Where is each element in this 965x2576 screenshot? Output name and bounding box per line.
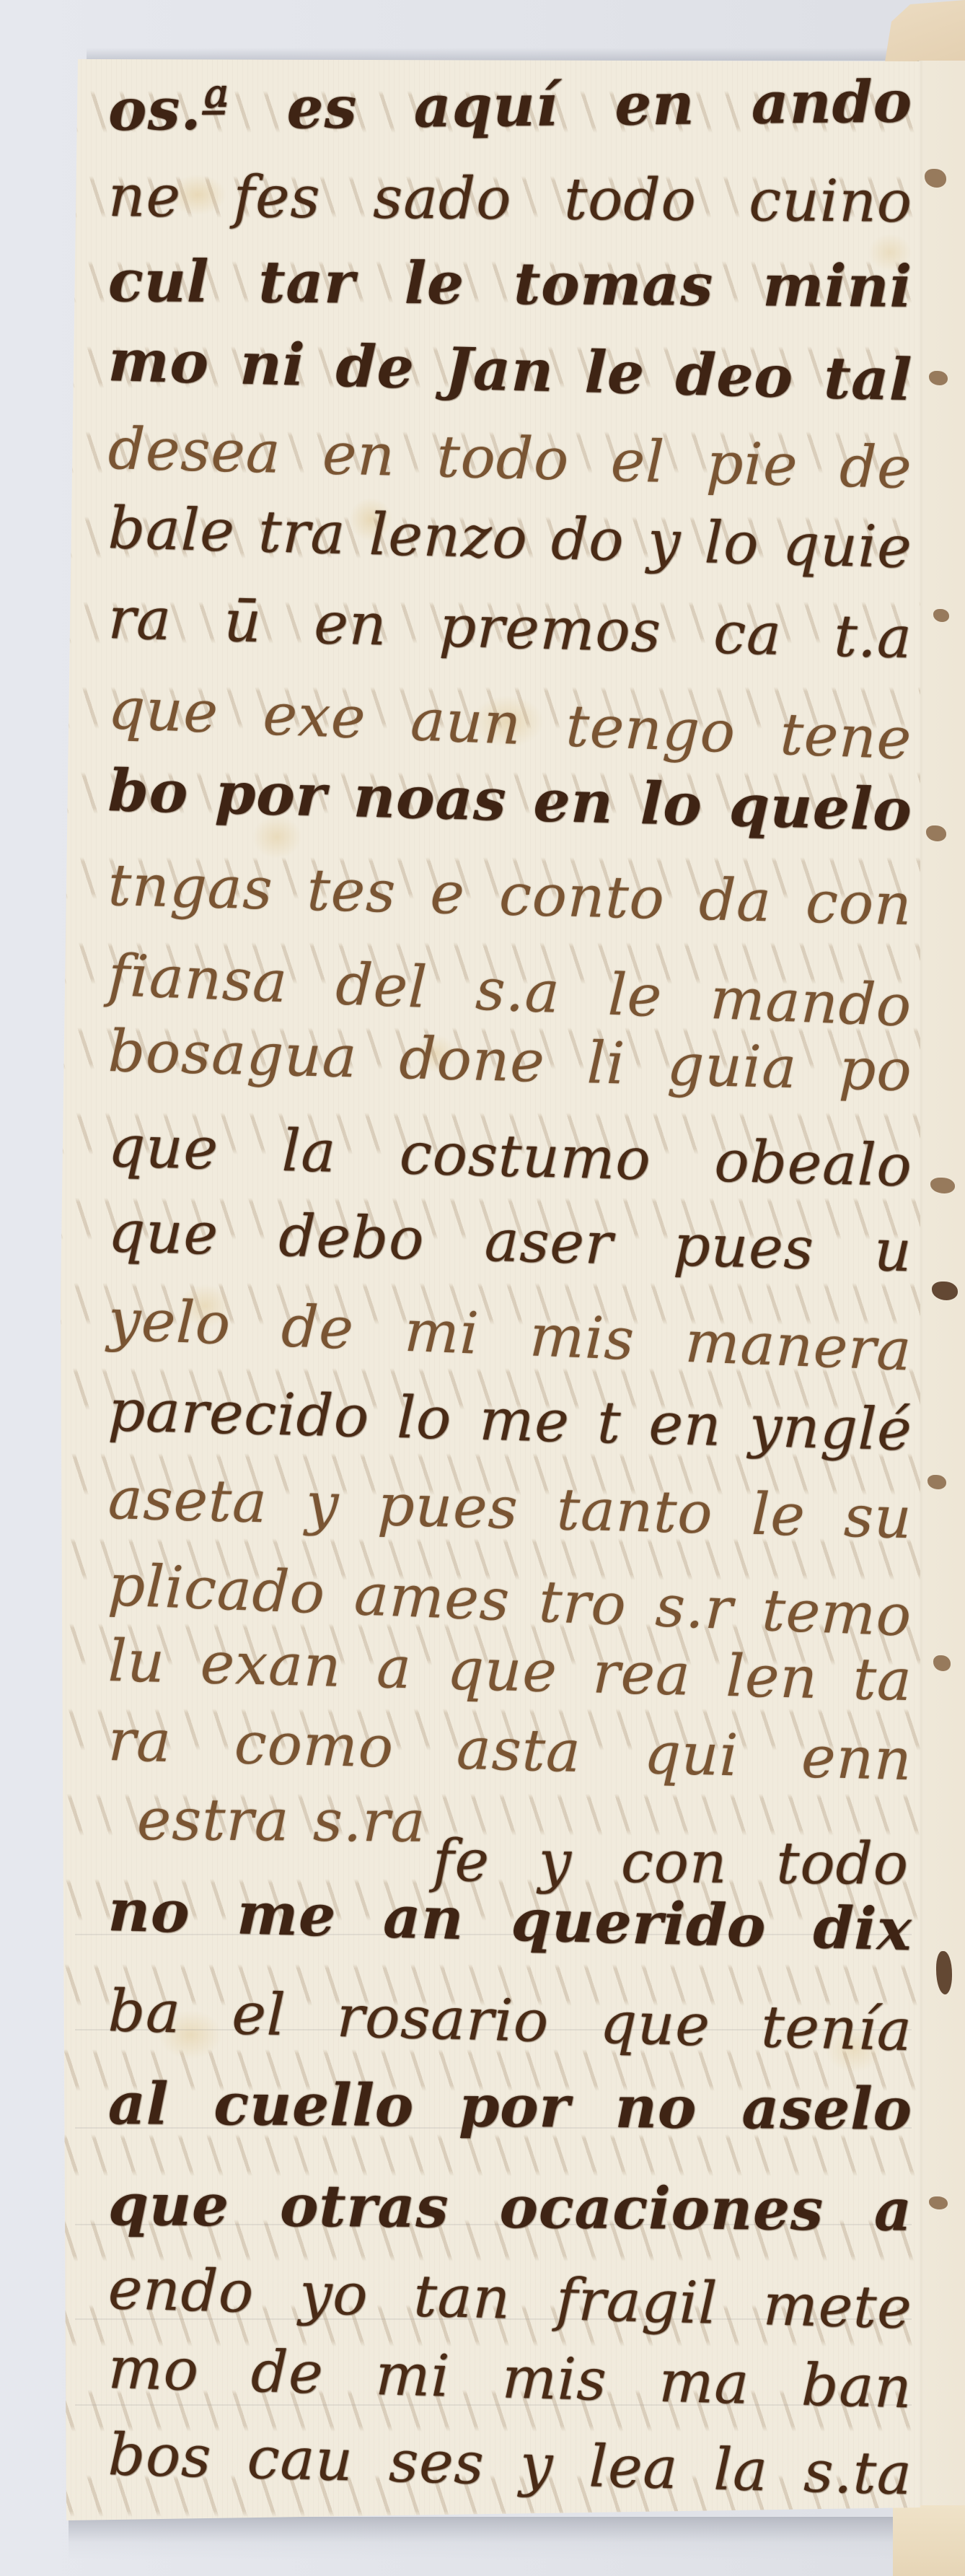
paper-top-shadow — [87, 48, 887, 61]
manuscript-line: que otras ocaciones a — [108, 2176, 913, 2239]
ink-fragment — [929, 2196, 948, 2209]
manuscript-line: cul tar le tomas mini — [108, 252, 913, 315]
ink-fragment — [930, 1178, 955, 1193]
ink-fragment — [932, 1282, 958, 1300]
adjacent-page-strip — [917, 61, 965, 2508]
ink-fragment — [933, 609, 949, 622]
paper-bottom-shadow — [69, 2517, 898, 2560]
manuscript-line: ne fes sado todo cuino — [108, 167, 913, 231]
ink-fragment — [933, 1655, 951, 1671]
manuscript-line: estra s.ra — [137, 1791, 405, 1851]
ink-fragment — [929, 371, 948, 385]
ink-fragment — [925, 169, 946, 188]
ink-fragment — [926, 825, 946, 841]
folded-paper-bottom-right — [893, 2505, 965, 2576]
manuscript-line: os.ª es aquí en ando — [108, 72, 913, 139]
manuscript-line: fe y con todo — [433, 1832, 909, 1893]
ink-fragment — [936, 1951, 952, 1994]
ink-fragment — [927, 1475, 946, 1489]
manuscript-line: al cuello por no aselo — [108, 2075, 913, 2138]
